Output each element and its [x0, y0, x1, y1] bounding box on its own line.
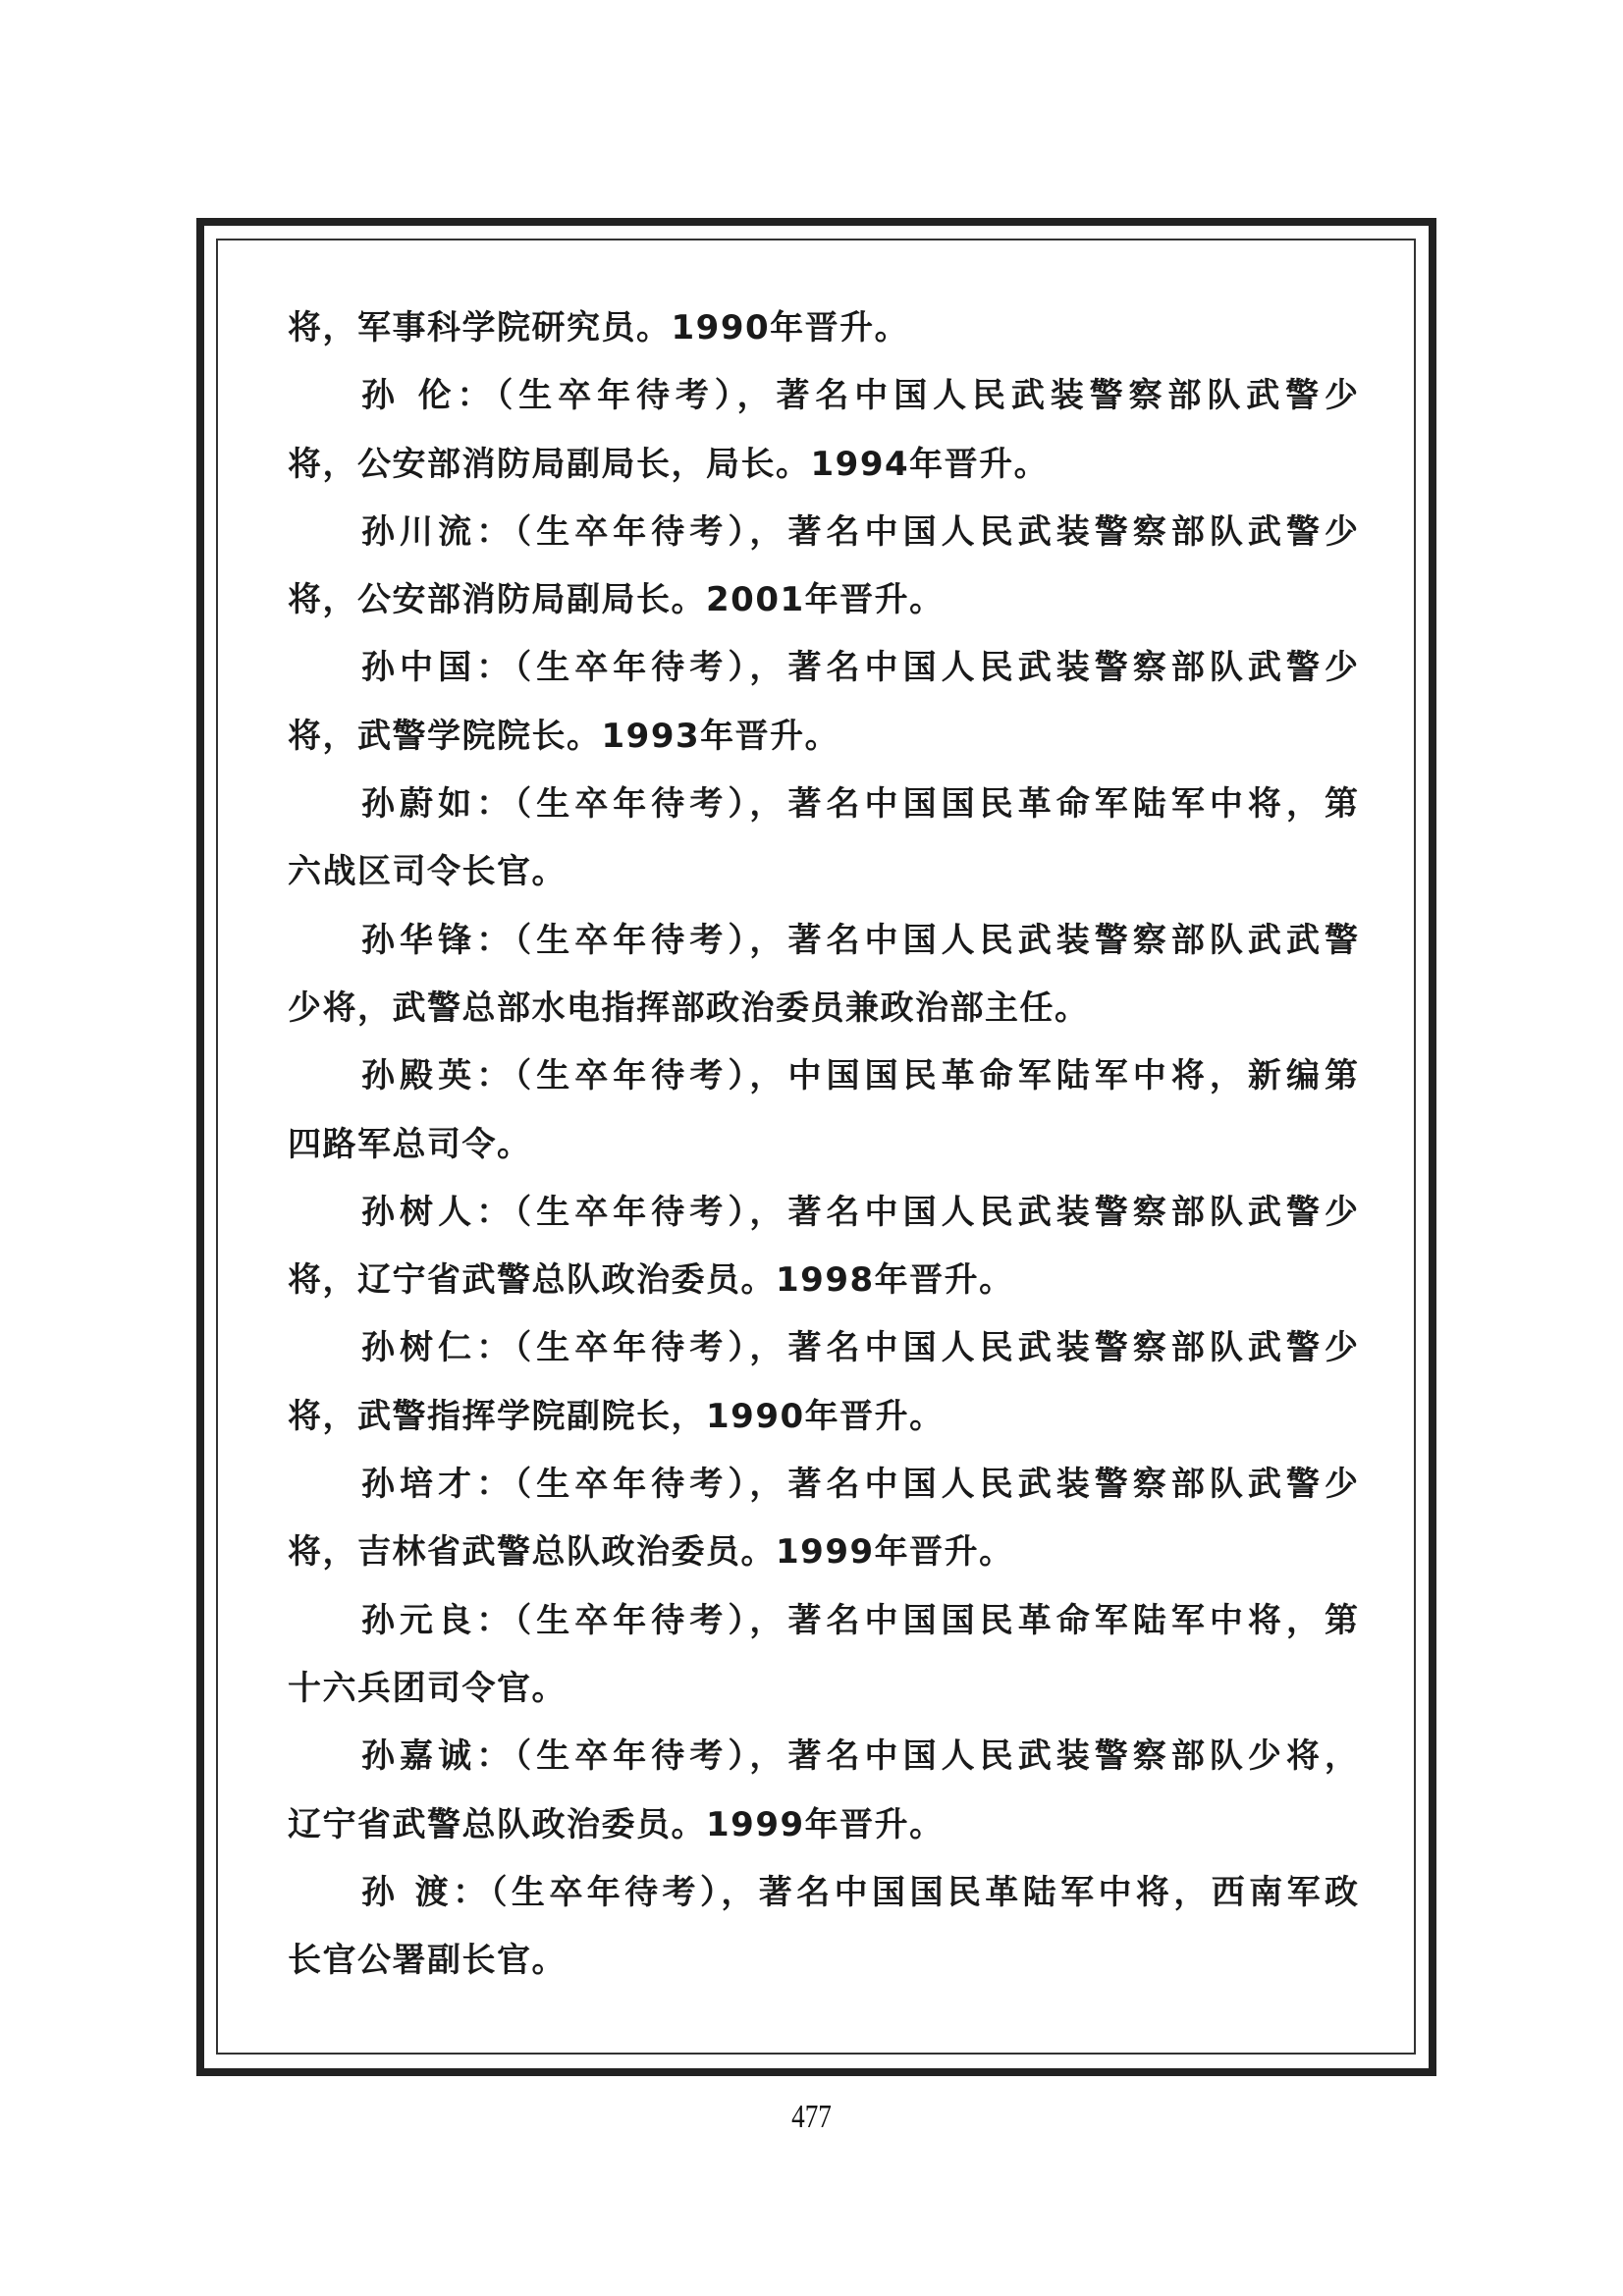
- entry-line: 少将，武警总部水电指挥部政治委员兼政治部主任。: [288, 975, 1358, 1042]
- entry-line: 十六兵团司令官。: [288, 1655, 1358, 1723]
- entry-sun-du: 孙 渡：（生卒年待考），著名中国国民革陆军中将，西南军政 长官公署副长官。: [288, 1859, 1358, 1996]
- entry-line: 孙树仁：（生卒年待考），著名中国人民武装警察部队武警少: [288, 1314, 1358, 1382]
- entry-line: 孙蔚如：（生卒年待考），著名中国国民革命军陆军中将，第: [288, 771, 1358, 838]
- entry-sun-peicai: 孙培才：（生卒年待考），著名中国人民武装警察部队武警少 将，吉林省武警总队政治委…: [288, 1451, 1358, 1587]
- entry-line: 孙嘉诚：（生卒年待考），著名中国人民武装警察部队少将，: [288, 1723, 1358, 1790]
- entry-sun-shuren-2: 孙树仁：（生卒年待考），著名中国人民武装警察部队武警少 将，武警指挥学院副院长，…: [288, 1314, 1358, 1451]
- entry-line: 辽宁省武警总队政治委员。1999年晋升。: [288, 1791, 1358, 1859]
- entry-line: 四路军总司令。: [288, 1111, 1358, 1179]
- entry-line: 孙元良：（生卒年待考），著名中国国民革命军陆军中将，第: [288, 1587, 1358, 1655]
- entry-sun-huafeng: 孙华锋：（生卒年待考），著名中国人民武装警察部队武武警 少将，武警总部水电指挥部…: [288, 907, 1358, 1043]
- entry-line: 孙中国：（生卒年待考），著名中国人民武装警察部队武警少: [288, 634, 1358, 702]
- biography-text-block: 将，军事科学院研究员。1990年晋升。 孙 伦：（生卒年待考），著名中国人民武装…: [288, 294, 1358, 1995]
- entry-sun-lun: 孙 伦：（生卒年待考），著名中国人民武装警察部队武警少 将，公安部消防局副局长，…: [288, 362, 1358, 499]
- entry-line: 孙培才：（生卒年待考），著名中国人民武装警察部队武警少: [288, 1451, 1358, 1519]
- entry-sun-chuanliu: 孙川流：（生卒年待考），著名中国人民武装警察部队武警少 将，公安部消防局副局长。…: [288, 499, 1358, 635]
- entry-line: 孙 伦：（生卒年待考），著名中国人民武装警察部队武警少: [288, 362, 1358, 430]
- entry-line: 将，辽宁省武警总队政治委员。1998年晋升。: [288, 1247, 1358, 1314]
- entry-sun-weiru: 孙蔚如：（生卒年待考），著名中国国民革命军陆军中将，第 六战区司令长官。: [288, 771, 1358, 907]
- entry-line: 孙殿英：（生卒年待考），中国国民革命军陆军中将，新编第: [288, 1042, 1358, 1110]
- entry-line: 将，公安部消防局副局长。2001年晋升。: [288, 566, 1358, 634]
- continuation-line: 将，军事科学院研究员。1990年晋升。: [288, 294, 1358, 362]
- entry-line: 六战区司令长官。: [288, 838, 1358, 906]
- entry-line: 孙川流：（生卒年待考），著名中国人民武装警察部队武警少: [288, 499, 1358, 566]
- entry-line: 将，吉林省武警总队政治委员。1999年晋升。: [288, 1519, 1358, 1586]
- entry-sun-zhongguo: 孙中国：（生卒年待考），著名中国人民武装警察部队武警少 将，武警学院院长。199…: [288, 634, 1358, 771]
- entry-line: 孙树人：（生卒年待考），著名中国人民武装警察部队武警少: [288, 1179, 1358, 1247]
- entry-sun-yuanliang: 孙元良：（生卒年待考），著名中国国民革命军陆军中将，第 十六兵团司令官。: [288, 1587, 1358, 1724]
- entry-line: 将，公安部消防局副局长，局长。1994年晋升。: [288, 431, 1358, 499]
- entry-line: 长官公署副长官。: [288, 1927, 1358, 1995]
- entry-sun-jiacheng: 孙嘉诚：（生卒年待考），著名中国人民武装警察部队少将， 辽宁省武警总队政治委员。…: [288, 1723, 1358, 1859]
- entry-line: 将，武警指挥学院副院长，1990年晋升。: [288, 1383, 1358, 1451]
- entry-sun-shuren-1: 孙树人：（生卒年待考），著名中国人民武装警察部队武警少 将，辽宁省武警总队政治委…: [288, 1179, 1358, 1315]
- entry-line: 孙 渡：（生卒年待考），著名中国国民革陆军中将，西南军政: [288, 1859, 1358, 1927]
- page-number: 477: [162, 2099, 1460, 2136]
- entry-line: 将，武警学院院长。1993年晋升。: [288, 703, 1358, 771]
- entry-sun-dianying: 孙殿英：（生卒年待考），中国国民革命军陆军中将，新编第 四路军总司令。: [288, 1042, 1358, 1179]
- entry-line: 孙华锋：（生卒年待考），著名中国人民武装警察部队武武警: [288, 907, 1358, 975]
